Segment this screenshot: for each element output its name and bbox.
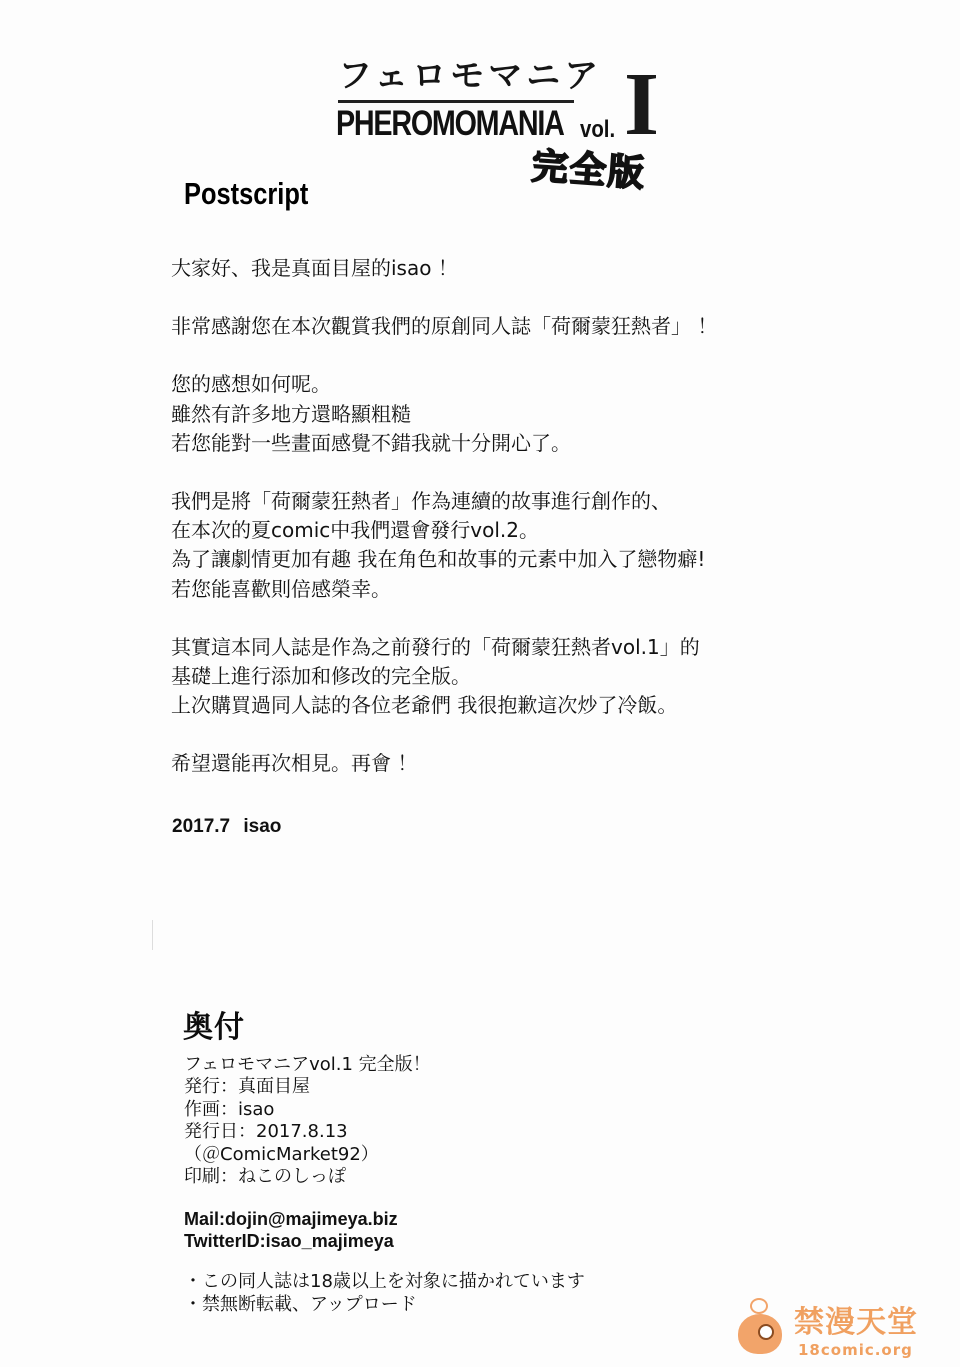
logo-edition-label: 完全版 xyxy=(530,138,647,197)
signature-date: 2017.7 isao xyxy=(172,816,281,838)
colophon-line-printer: 印刷：ねこのしっぽ xyxy=(184,1166,431,1188)
text-line: 若您能對一些畫面感覺不錯我就十分開心了。 xyxy=(171,429,811,458)
notice-no-reproduction: ・禁無断転載、アップロード xyxy=(184,1293,585,1316)
logo-kana: フェロモマニア xyxy=(338,56,602,96)
paragraph: 非常感謝您在本次觀賞我們的原創同人誌「荷爾蒙狂熱者」 ！ xyxy=(171,312,811,341)
contact-info: Mail:dojin@majimeya.biz TwitterID:isao_m… xyxy=(184,1208,398,1252)
paragraph: 我們是將「荷爾蒙狂熱者」作為連續的故事進行創作的、 在本次的夏comic中我們還… xyxy=(171,487,811,604)
document-page: フェロモマニア PHEROMOMANIA vol. I 完全版 Postscri… xyxy=(0,0,960,1367)
colophon-line-title: フェロモマニアvol.1 完全版！ xyxy=(184,1054,431,1076)
postscript-body: 大家好、我是真面目屋的isao ！ 非常感謝您在本次觀賞我們的原創同人誌「荷爾蒙… xyxy=(171,254,811,808)
colophon-details: フェロモマニアvol.1 完全版！ 発行：真面目屋 作画：isao 発行日：20… xyxy=(184,1054,431,1188)
title-logo: フェロモマニア PHEROMOMANIA vol. I 完全版 xyxy=(336,56,666,191)
text-line: 上次購買過同人誌的各位老爺們 我很抱歉這次炒了冷飯。 xyxy=(171,691,811,720)
site-watermark: 禁漫天堂 18comic.org xyxy=(732,1296,952,1362)
text-line: 為了讓劇情更加有趣 我在角色和故事的元素中加入了戀物癖! xyxy=(171,545,811,574)
postscript-heading: Postscript xyxy=(184,176,308,212)
colophon-line-publisher: 発行：真面目屋 xyxy=(184,1076,431,1098)
text-line: 大家好、我是真面目屋的isao ！ xyxy=(171,254,811,283)
text-line: 其實這本同人誌是作為之前發行的「荷爾蒙狂熱者vol.1」的 xyxy=(171,633,811,662)
contact-twitter: TwitterID:isao_majimeya xyxy=(184,1230,398,1252)
colophon-line-date: 発行日：2017.8.13 xyxy=(184,1121,431,1143)
text-line: 基礎上進行添加和修改的完全版。 xyxy=(171,662,811,691)
colophon-heading: 奥付 xyxy=(183,1002,245,1046)
logo-volume-label: vol. xyxy=(580,116,615,144)
paragraph: 您的感想如何呢。 雖然有許多地方還略顯粗糙 若您能對一些畫面感覺不錯我就十分開心… xyxy=(171,370,811,458)
text-line: 在本次的夏comic中我們還會發行vol.2。 xyxy=(171,516,811,545)
watermark-url: 18comic.org xyxy=(798,1342,913,1358)
text-line: 非常感謝您在本次觀賞我們的原創同人誌「荷爾蒙狂熱者」 ！ xyxy=(171,312,811,341)
paragraph: 其實這本同人誌是作為之前發行的「荷爾蒙狂熱者vol.1」的 基礎上進行添加和修改… xyxy=(171,633,811,721)
paragraph: 大家好、我是真面目屋的isao ！ xyxy=(171,254,811,283)
heart-eye-icon xyxy=(758,1324,774,1340)
notices: ・この同人誌は18歳以上を対象に描かれています ・禁無断転載、アップロード xyxy=(184,1270,585,1316)
mascot-sprout-icon xyxy=(750,1298,768,1314)
notice-age-restriction: ・この同人誌は18歳以上を対象に描かれています xyxy=(184,1270,585,1293)
logo-main-title: PHEROMOMANIA xyxy=(336,104,564,144)
contact-mail: Mail:dojin@majimeya.biz xyxy=(184,1208,398,1230)
text-line: 若您能喜歡則倍感榮幸。 xyxy=(171,575,811,604)
watermark-title: 禁漫天堂 xyxy=(794,1306,918,1340)
paragraph: 希望還能再次相見。再會 ！ xyxy=(171,749,811,778)
mascot-icon xyxy=(738,1314,782,1354)
text-line: 雖然有許多地方還略顯粗糙 xyxy=(171,400,811,429)
colophon-line-event: （＠ComicMarket92） xyxy=(184,1144,431,1166)
text-line: 您的感想如何呢。 xyxy=(171,370,811,399)
scan-artifact xyxy=(152,920,153,950)
logo-volume-numeral: I xyxy=(624,60,659,150)
colophon-line-artist: 作画：isao xyxy=(184,1099,431,1121)
logo-underline xyxy=(338,100,574,103)
text-line: 希望還能再次相見。再會 ！ xyxy=(171,749,811,778)
text-line: 我們是將「荷爾蒙狂熱者」作為連續的故事進行創作的、 xyxy=(171,487,811,516)
